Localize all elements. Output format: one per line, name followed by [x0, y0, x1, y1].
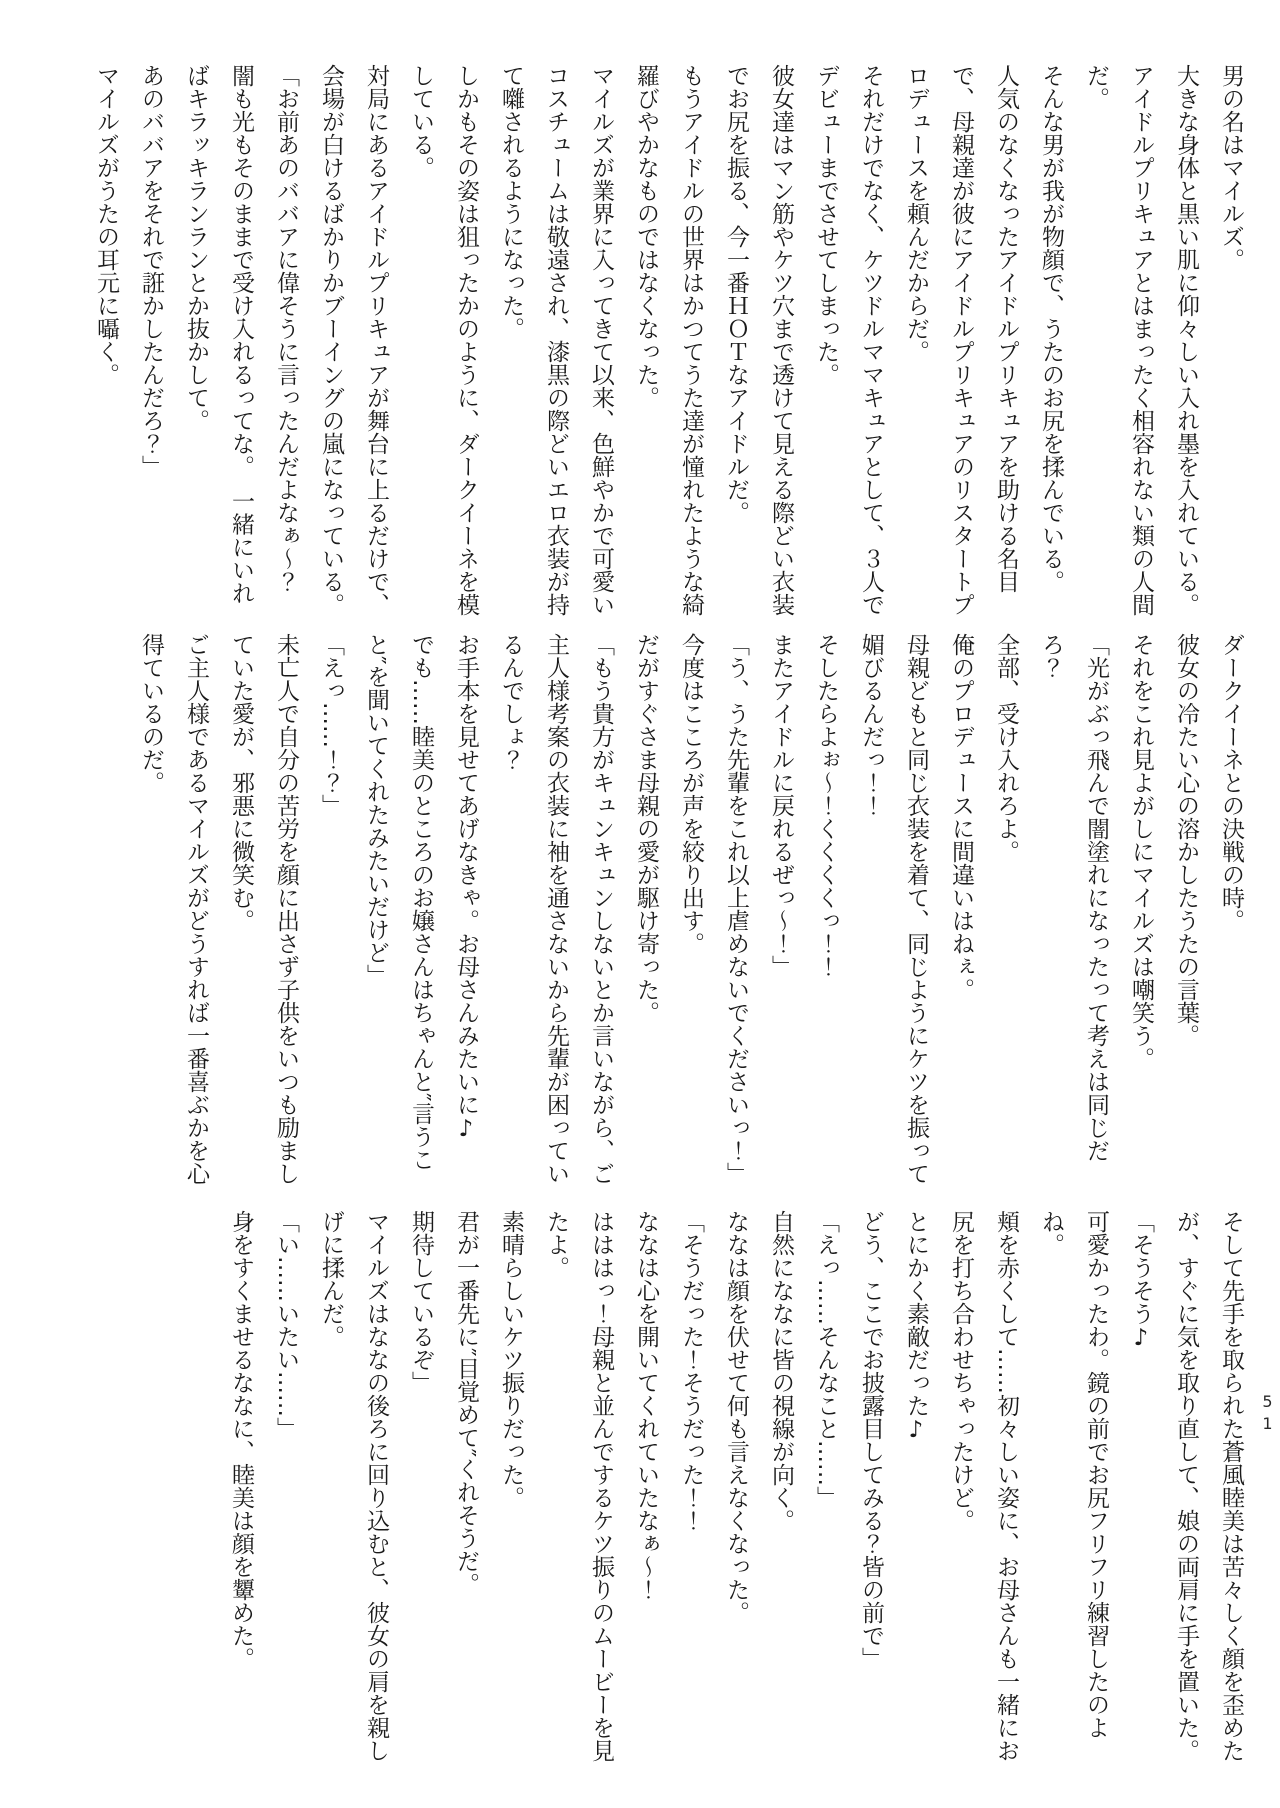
paragraph: 対局にあるアイドルプリキュアが舞台に上るだけで、会場が白けるばかりかブーイングの…	[308, 64, 398, 616]
paragraph: 闇も光もそのままで受け入れるってな。 一緒にいればキラッキランランとか抜かして。	[173, 64, 263, 616]
paragraph: 君が一番先に″目覚めて″くれそうだ。	[443, 1210, 488, 1762]
paragraph: とにかく素敵だった♪	[893, 1210, 938, 1762]
paragraph: あのババアをそれで誑かしたんだろ？」	[128, 64, 173, 616]
text-band-top: 男の名はマイルズ。大きな身体と黒い肌に仰々しい入れ墨を入れている。アイドルプリキ…	[27, 64, 1253, 616]
paragraph: 全部、受け入れろよ。	[983, 633, 1028, 1185]
paragraph: 俺のプロデュースに間違いはねぇ。	[938, 633, 983, 1185]
paragraph: 「そうだった！そうだった！！	[668, 1210, 713, 1762]
text-band-middle: ダークイーネとの決戦の時。彼女の冷たい心の溶かしたうたの言葉。それをこれ見よがし…	[27, 633, 1253, 1185]
paragraph: マイルズが業界に入ってきて以来、色鮮やかで可愛いコスチュームは敬遠され、漆黒の際…	[488, 64, 623, 616]
paragraph: ダークイーネとの決戦の時。	[1208, 633, 1253, 1185]
paragraph: ご主人様であるマイルズがどうすれば一番喜ぶかを心得ているのだ。	[128, 633, 218, 1185]
page-number: 51	[1259, 1392, 1275, 1436]
paragraph: それをこれ見よがしにマイルズは嘲笑う。	[1118, 633, 1163, 1185]
paragraph: 人気のなくなったアイドルプリキュアを助ける名目で、母親達が彼にアイドルプリキュア…	[893, 64, 1028, 616]
paragraph: 自然にななに皆の視線が向く。	[758, 1210, 803, 1762]
novel-text-page: 男の名はマイルズ。大きな身体と黒い肌に仰々しい入れ墨を入れている。アイドルプリキ…	[0, 0, 1280, 1808]
paragraph: 大きな身体と黒い肌に仰々しい入れ墨を入れている。	[1163, 64, 1208, 616]
paragraph: 身をすくませるななに、睦美は顔を顰めた。	[218, 1210, 263, 1762]
paragraph: 「もう貴方がキュンキュンしないとか言いながら、ご主人様考案の衣装に袖を通さないか…	[488, 633, 623, 1185]
paragraph: それだけでなく、ケツドルママキュアとして、３人でデビューまでさせてしまった。	[803, 64, 893, 616]
paragraph: 頬を赤くして……初々しい姿に、お母さんも一緒にお尻を打ち合わせちゃったけど。	[938, 1210, 1028, 1762]
paragraph: アイドルプリキュアとはまったく相容れない類の人間だ。	[1073, 64, 1163, 616]
paragraph: そしたらよぉ～！くくくくっ！！	[803, 633, 848, 1185]
text-band-bottom: そして先手を取られた蒼風睦美は苦々しく顔を歪めたが、すぐに気を取り直して、娘の両…	[27, 1210, 1253, 1762]
paragraph: マイルズがうたの耳元に囁く。	[83, 64, 128, 616]
paragraph: はははっ！母親と並んでするケツ振りのムービーを見たよ。	[533, 1210, 623, 1762]
paragraph: 期待しているぞ」	[398, 1210, 443, 1762]
paragraph: 未亡人で自分の苦労を顔に出さず子供をいつも励ましていた愛が、邪悪に微笑む。	[218, 633, 308, 1185]
paragraph: そんな男が我が物顔で、うたのお尻を揉んでいる。	[1028, 64, 1073, 616]
paragraph: 今度はこころが声を絞り出す。	[668, 633, 713, 1185]
paragraph: 「えっ……！？」	[308, 633, 353, 1185]
paragraph: どう、ここでお披露目してみる？皆の前で」	[848, 1210, 893, 1762]
paragraph: 彼女達はマン筋やケツ穴まで透けて見える際どい衣装でお尻を振る、今一番ＨＯＴなアイ…	[713, 64, 803, 616]
paragraph: またアイドルに戻れるぜっ～！」	[758, 633, 803, 1185]
paragraph: 素晴らしいケツ振りだった。	[488, 1210, 533, 1762]
paragraph: マイルズはななの後ろに回り込むと、彼女の肩を親しげに揉んだ。	[308, 1210, 398, 1762]
paragraph: もうアイドルの世界はかつてうた達が憧れたような綺羅びやかなものではなくなった。	[623, 64, 713, 616]
paragraph: 母親どもと同じ衣装を着て、同じようにケツを振って媚びるんだっ！！	[848, 633, 938, 1185]
paragraph: ななは顔を伏せて何も言えなくなった。	[713, 1210, 758, 1762]
paragraph: 彼女の冷たい心の溶かしたうたの言葉。	[1163, 633, 1208, 1185]
paragraph: しかもその姿は狙ったかのように、ダークイーネを模している。	[398, 64, 488, 616]
paragraph: 「お前あのババアに偉そうに言ったんだよなぁ～？	[263, 64, 308, 616]
paragraph: 「そうそう♪	[1118, 1210, 1163, 1762]
paragraph: 男の名はマイルズ。	[1208, 64, 1253, 616]
paragraph: 「えっ……そんなこと……」	[803, 1210, 848, 1762]
paragraph: でも……睦美のところのお嬢さんはちゃんと″言うこと″を聞いてくれたみたいだけど」	[353, 633, 443, 1185]
paragraph: 「い……いたい……」	[263, 1210, 308, 1762]
paragraph: 「光がぶっ飛んで闇塗れになったって考えは同じだろ？	[1028, 633, 1118, 1185]
paragraph: ななは心を開いてくれていたなぁ～！	[623, 1210, 668, 1762]
paragraph: お手本を見せてあげなきゃ。お母さんみたいに♪	[443, 633, 488, 1185]
paragraph: 可愛かったわ。鏡の前でお尻フリフリ練習したのよね。	[1028, 1210, 1118, 1762]
paragraph: 「う、うた先輩をこれ以上虐めないでくださいっ！」	[713, 633, 758, 1185]
paragraph: そして先手を取られた蒼風睦美は苦々しく顔を歪めたが、すぐに気を取り直して、娘の両…	[1163, 1210, 1253, 1762]
paragraph: だがすぐさま母親の愛が駆け寄った。	[623, 633, 668, 1185]
